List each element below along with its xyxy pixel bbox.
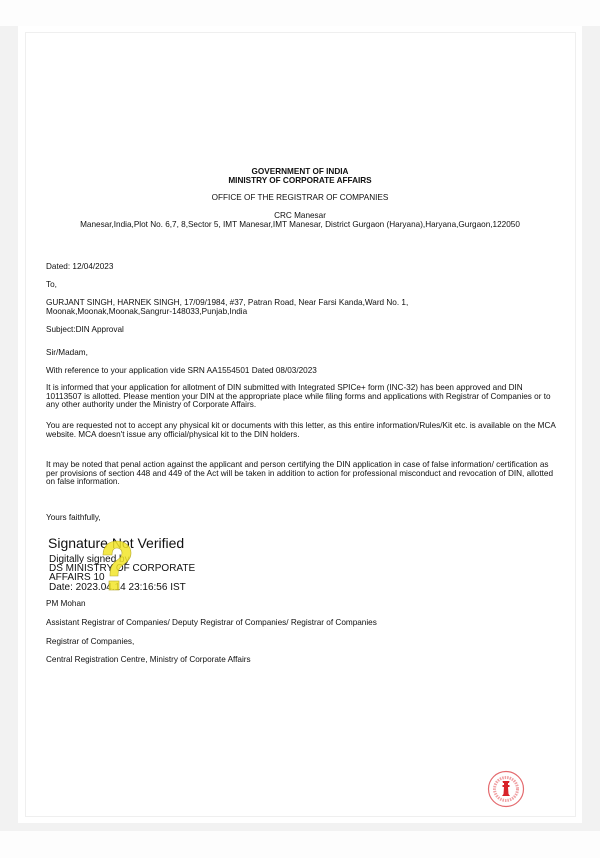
recipient-line1: GURJANT SINGH, HARNEK SINGH, 17/09/1984,…: [46, 298, 408, 307]
closing: Yours faithfully,: [46, 513, 101, 522]
letter-subject: Subject:DIN Approval: [46, 325, 124, 334]
signatory-name: PM Mohan: [46, 599, 86, 608]
question-mark-icon: [96, 539, 136, 599]
signatory-office2: Central Registration Centre, Ministry of…: [46, 655, 251, 664]
header-address: Manesar,India,Plot No. 6,7, 8,Sector 5, …: [18, 220, 582, 229]
paragraph-kit-notice: You are requested not to accept any phys…: [46, 422, 556, 439]
signatory-office1: Registrar of Companies,: [46, 637, 134, 646]
recipient-line2: Moonak,Moonak,Moonak,Sangrur-148033,Punj…: [46, 307, 247, 316]
paragraph-approval: It is informed that your application for…: [46, 384, 556, 410]
salutation: Sir/Madam,: [46, 348, 88, 357]
header-centre: CRC Manesar: [18, 211, 582, 220]
letter-to: To,: [46, 280, 57, 289]
header-office: OFFICE OF THE REGISTRAR OF COMPANIES: [18, 193, 582, 202]
header-ministry: MINISTRY OF CORPORATE AFFAIRS: [18, 176, 582, 185]
header-government: GOVERNMENT OF INDIA: [18, 167, 582, 176]
ashoka-emblem-seal-icon: [487, 770, 525, 808]
signatory-designation: Assistant Registrar of Companies/ Deputy…: [46, 618, 377, 627]
document-page: GOVERNMENT OF INDIA MINISTRY OF CORPORAT…: [18, 26, 582, 823]
letter-date: Dated: 12/04/2023: [46, 262, 113, 271]
paragraph-penal-action: It may be noted that penal action agains…: [46, 461, 556, 487]
reference-line: With reference to your application vide …: [46, 366, 317, 375]
